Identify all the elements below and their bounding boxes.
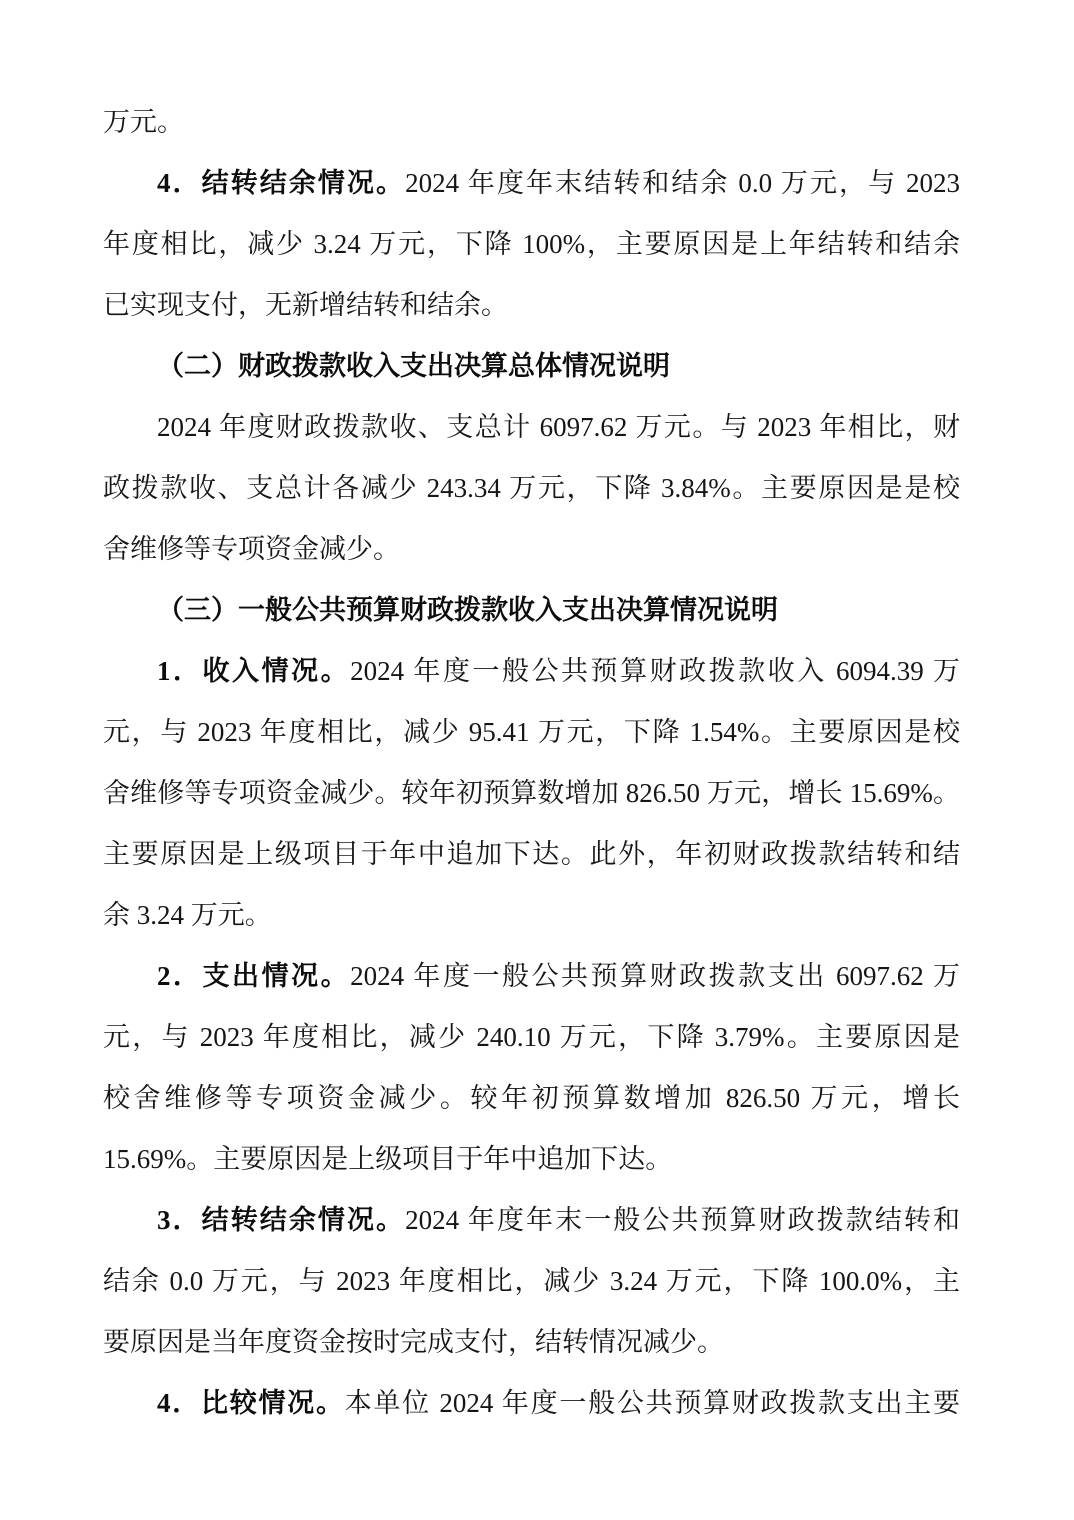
text-line: 余 3.24 万元。 [103, 885, 960, 946]
text-line: 2024 年度财政拨款收、支总计 6097.62 万元。与 2023 年相比，财 [103, 397, 960, 458]
line-text: 元，与 2023 年度相比，减少 240.10 万元，下降 3.79%。主要原因… [103, 1022, 960, 1052]
line-text: 2024 年度年末结转和结余 0.0 万元，与 2023 [405, 168, 960, 198]
line-text: 2024 年度一般公共预算财政拨款支出 6097.62 万 [350, 961, 960, 991]
text-line: 4．结转结余情况。2024 年度年末结转和结余 0.0 万元，与 2023 [103, 153, 960, 214]
line-text: 2024 年度一般公共预算财政拨款收入 6094.39 万 [350, 656, 960, 686]
line-text: 要原因是当年度资金按时完成支付，结转情况减少。 [103, 1327, 724, 1357]
bold-lead-in: 1．收入情况。 [157, 656, 350, 686]
text-line: 15.69%。主要原因是上级项目于年中追加下达。 [103, 1129, 960, 1190]
text-line: 主要原因是上级项目于年中追加下达。此外，年初财政拨款结转和结 [103, 824, 960, 885]
line-text: 结余 0.0 万元，与 2023 年度相比，减少 3.24 万元，下降 100.… [103, 1266, 960, 1296]
text-line: 校舍维修等专项资金减少。较年初预算数增加 826.50 万元，增长 [103, 1068, 960, 1129]
text-line: 1．收入情况。2024 年度一般公共预算财政拨款收入 6094.39 万 [103, 641, 960, 702]
document-body: 万元。4．结转结余情况。2024 年度年末结转和结余 0.0 万元，与 2023… [103, 92, 960, 1434]
text-line: 元，与 2023 年度相比，减少 95.41 万元，下降 1.54%。主要原因是… [103, 702, 960, 763]
line-text: 本单位 2024 年度一般公共预算财政拨款支出主要 [345, 1388, 960, 1418]
text-line: 已实现支付，无新增结转和结余。 [103, 275, 960, 336]
line-text: 15.69%。主要原因是上级项目于年中追加下达。 [103, 1144, 672, 1174]
line-text: 万元。 [103, 107, 184, 137]
text-line: 年度相比，减少 3.24 万元，下降 100%，主要原因是上年结转和结余 [103, 214, 960, 275]
line-text: 余 3.24 万元。 [103, 900, 272, 930]
text-line: 2．支出情况。2024 年度一般公共预算财政拨款支出 6097.62 万 [103, 946, 960, 1007]
line-text: 舍维修等专项资金减少。较年初预算数增加 826.50 万元，增长 15.69%。 [103, 778, 960, 808]
text-line: 4．比较情况。本单位 2024 年度一般公共预算财政拨款支出主要 [103, 1373, 960, 1434]
line-text: 主要原因是上级项目于年中追加下达。此外，年初财政拨款结转和结 [103, 839, 960, 869]
line-text: 舍维修等专项资金减少。 [103, 534, 400, 564]
document-page: 万元。4．结转结余情况。2024 年度年末结转和结余 0.0 万元，与 2023… [0, 0, 1074, 1520]
section-heading: （三）一般公共预算财政拨款收入支出决算情况说明 [103, 580, 960, 641]
heading-text: （三）一般公共预算财政拨款收入支出决算情况说明 [157, 595, 778, 625]
text-line: 元，与 2023 年度相比，减少 240.10 万元，下降 3.79%。主要原因… [103, 1007, 960, 1068]
line-text: 校舍维修等专项资金减少。较年初预算数增加 826.50 万元，增长 [103, 1083, 960, 1113]
text-line: 结余 0.0 万元，与 2023 年度相比，减少 3.24 万元，下降 100.… [103, 1251, 960, 1312]
text-line: 政拨款收、支总计各减少 243.34 万元，下降 3.84%。主要原因是是校 [103, 458, 960, 519]
bold-lead-in: 3．结转结余情况。 [157, 1205, 405, 1235]
heading-text: （二）财政拨款收入支出决算总体情况说明 [157, 351, 670, 381]
line-text: 2024 年度财政拨款收、支总计 6097.62 万元。与 2023 年相比，财 [157, 412, 960, 442]
bold-lead-in: 2．支出情况。 [157, 961, 350, 991]
text-line: 舍维修等专项资金减少。较年初预算数增加 826.50 万元，增长 15.69%。 [103, 763, 960, 824]
text-line: 要原因是当年度资金按时完成支付，结转情况减少。 [103, 1312, 960, 1373]
section-heading: （二）财政拨款收入支出决算总体情况说明 [103, 336, 960, 397]
text-line: 万元。 [103, 92, 960, 153]
line-text: 元，与 2023 年度相比，减少 95.41 万元，下降 1.54%。主要原因是… [103, 717, 960, 747]
line-text: 政拨款收、支总计各减少 243.34 万元，下降 3.84%。主要原因是是校 [103, 473, 960, 503]
line-text: 已实现支付，无新增结转和结余。 [103, 290, 508, 320]
line-text: 2024 年度年末一般公共预算财政拨款结转和 [405, 1205, 960, 1235]
text-line: 舍维修等专项资金减少。 [103, 519, 960, 580]
text-line: 3．结转结余情况。2024 年度年末一般公共预算财政拨款结转和 [103, 1190, 960, 1251]
line-text: 年度相比，减少 3.24 万元，下降 100%，主要原因是上年结转和结余 [103, 229, 960, 259]
bold-lead-in: 4．结转结余情况。 [157, 168, 405, 198]
bold-lead-in: 4．比较情况。 [157, 1388, 345, 1418]
